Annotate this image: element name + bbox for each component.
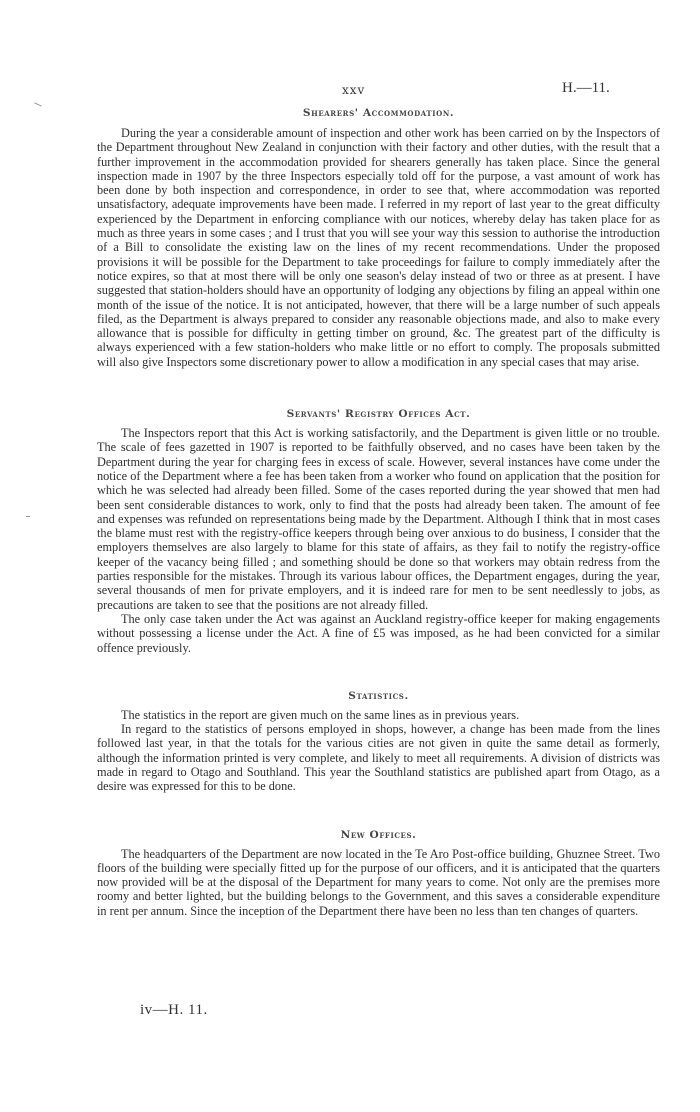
section-title: Servants' Registry Offices Act. <box>97 407 660 421</box>
section-new-offices: New Offices. The headquarters of the Dep… <box>97 828 660 918</box>
section-title: Statistics. <box>97 689 660 703</box>
document-body: Shearers' Accommodation. During the year… <box>97 106 660 918</box>
paragraph: The statistics in the report are given m… <box>97 708 660 722</box>
paragraph: The only case taken under the Act was ag… <box>97 612 660 655</box>
page-header: xxv H.—11. <box>0 83 700 103</box>
page-number: xxv <box>342 83 365 97</box>
paragraph: During the year a considerable amount of… <box>97 126 660 369</box>
document-code: H.—11. <box>562 80 610 97</box>
section-statistics: Statistics. The statistics in the report… <box>97 689 660 794</box>
signature-mark: iv—H. 11. <box>140 1002 208 1019</box>
paragraph: The headquarters of the Department are n… <box>97 847 660 918</box>
section-shearers-accommodation: Shearers' Accommodation. During the year… <box>97 106 660 369</box>
paragraph: In regard to the statistics of persons e… <box>97 722 660 793</box>
section-title: New Offices. <box>97 828 660 842</box>
margin-mark <box>26 516 30 517</box>
paragraph: The Inspectors report that this Act is w… <box>97 426 660 612</box>
section-servants-registry-offices-act: Servants' Registry Offices Act. The Insp… <box>97 407 660 655</box>
section-title: Shearers' Accommodation. <box>97 106 660 120</box>
